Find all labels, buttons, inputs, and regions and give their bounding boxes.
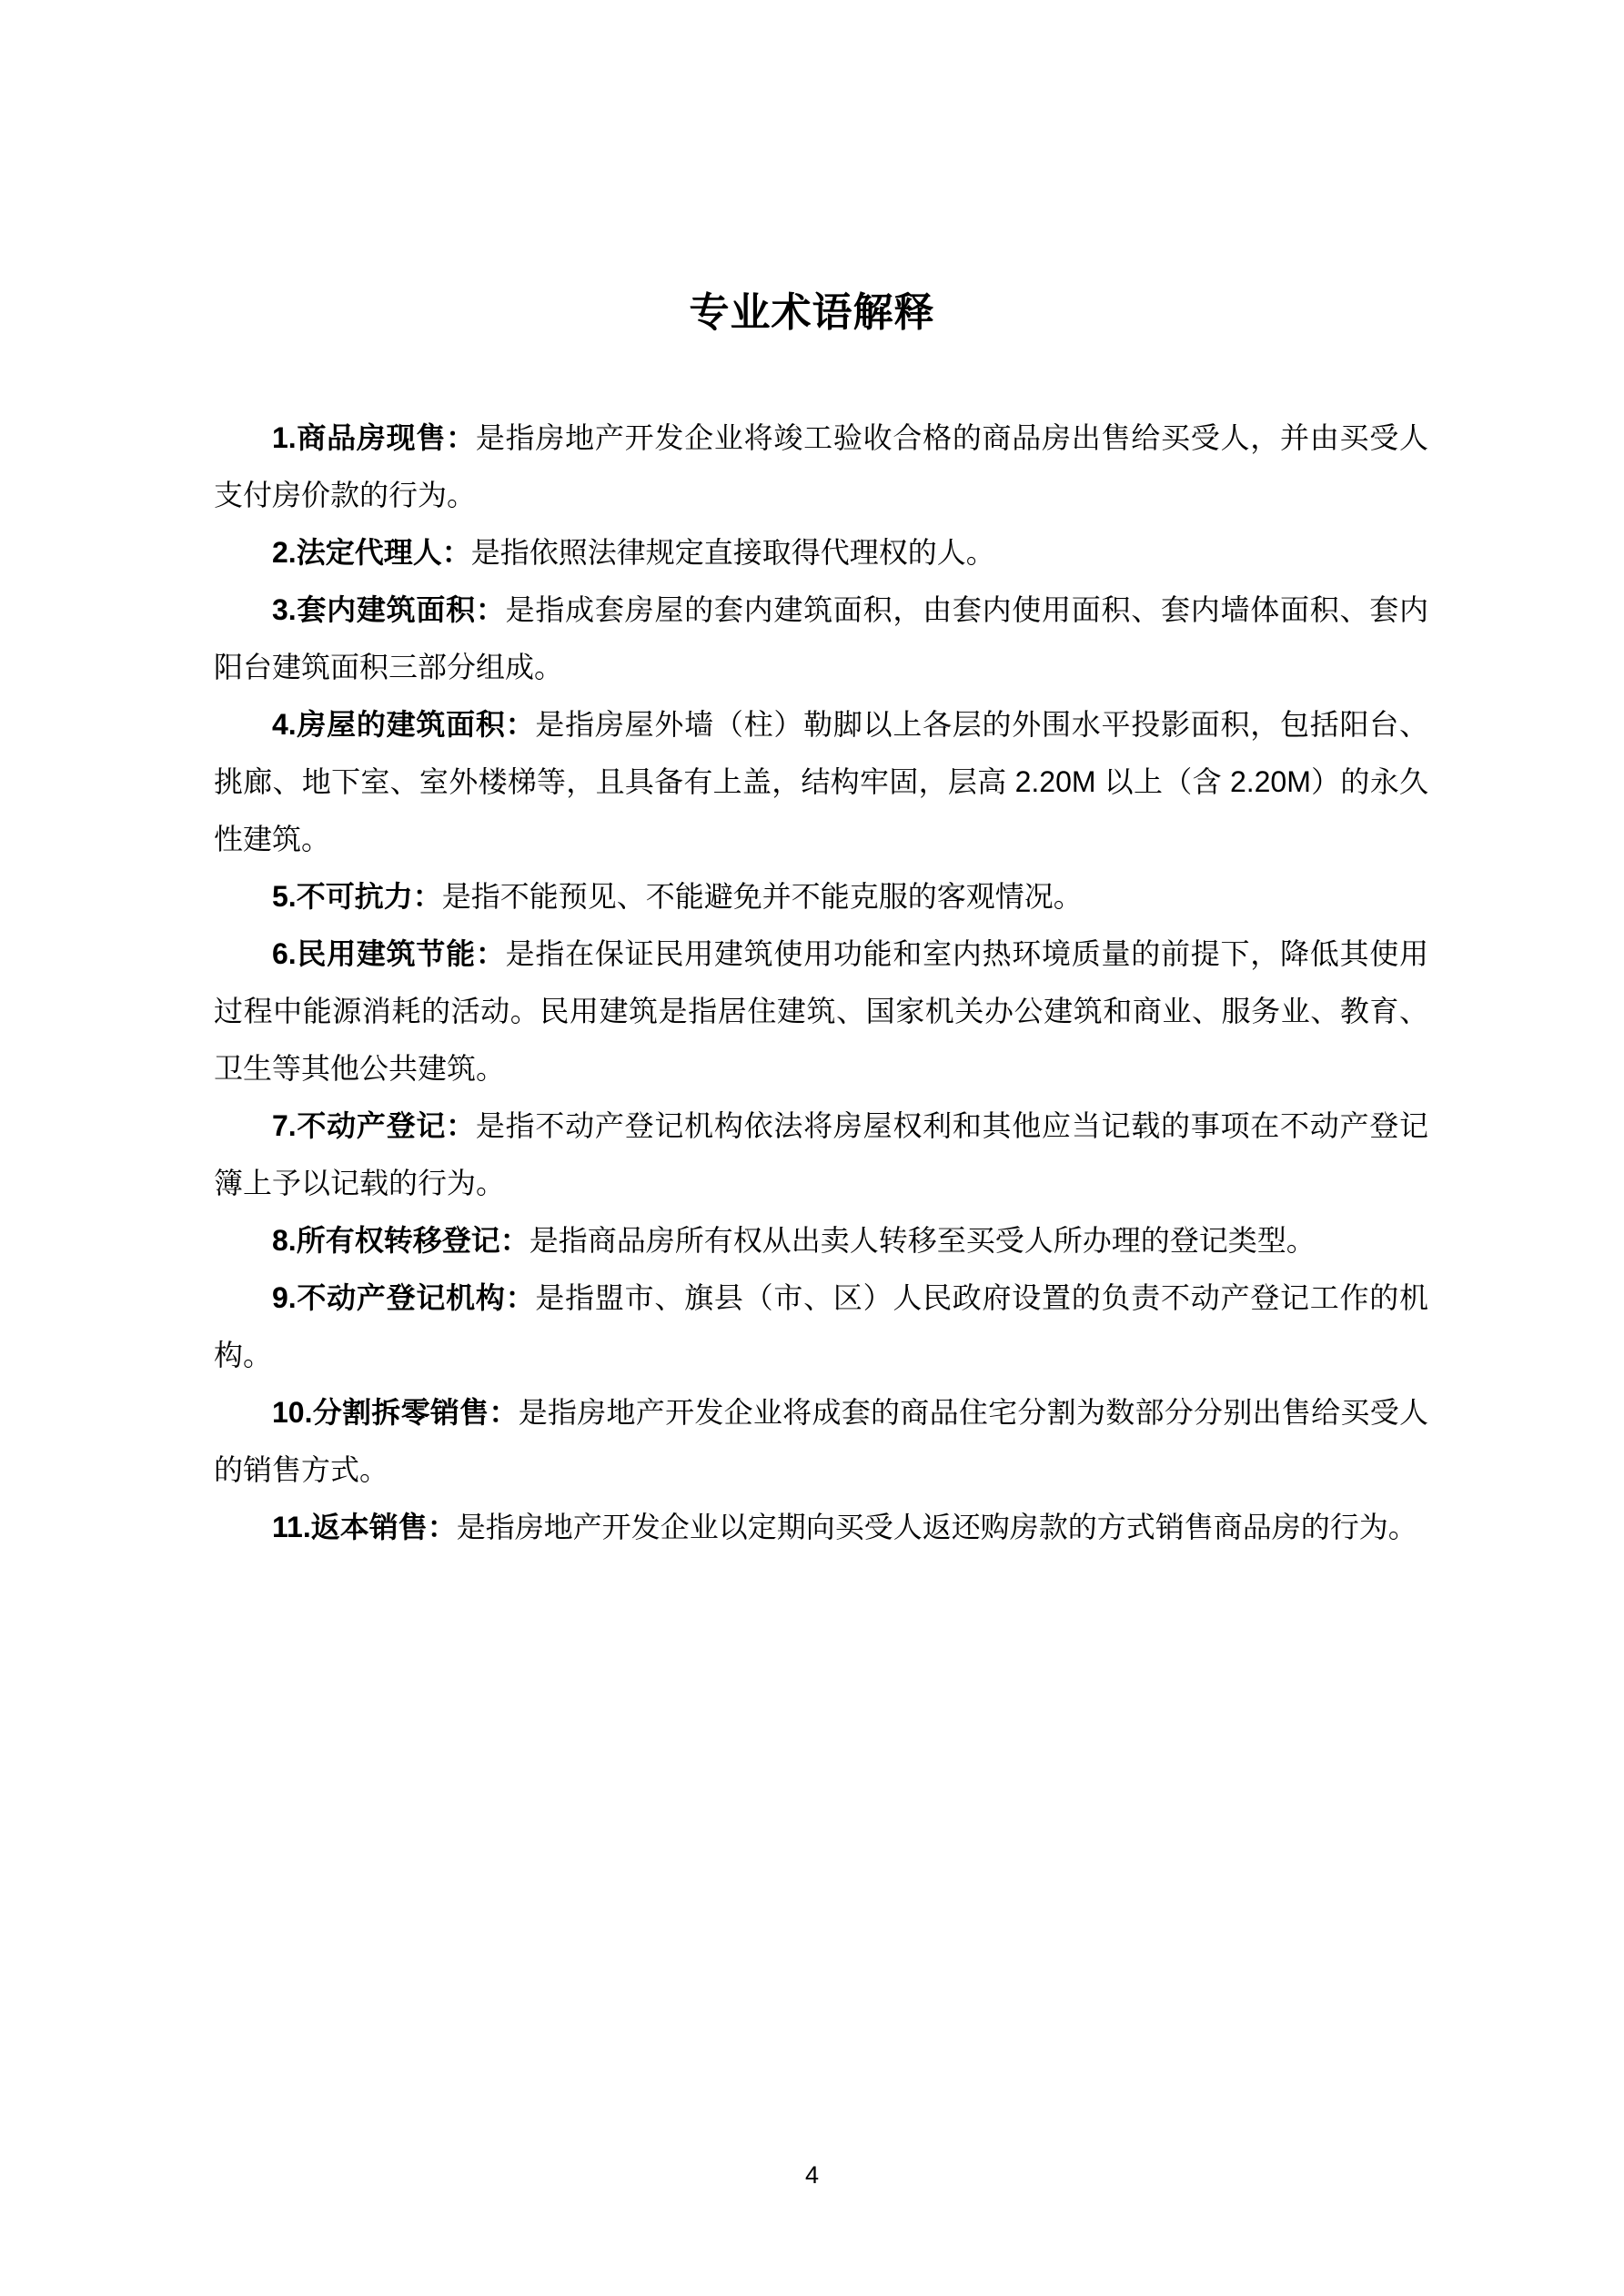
term-item-7: 7.不动产登记：是指不动产登记机构依法将房屋权利和其他应当记载的事项在不动产登记… xyxy=(214,1097,1428,1212)
term-label: 3.套内建筑面积： xyxy=(272,593,506,626)
term-label: 7.不动产登记： xyxy=(272,1109,476,1142)
term-label: 11.返本销售： xyxy=(272,1511,457,1543)
term-label: 5.不可抗力： xyxy=(272,880,442,913)
terms-list: 1.商品房现售：是指房地产开发企业将竣工验收合格的商品房出售给买受人，并由买受人… xyxy=(0,410,1624,1556)
term-label: 9.不动产登记机构： xyxy=(272,1281,535,1314)
term-label: 1.商品房现售： xyxy=(272,421,476,454)
term-label: 8.所有权转移登记： xyxy=(272,1224,530,1257)
term-item-8: 8.所有权转移登记：是指商品房所有权从出卖人转移至买受人所办理的登记类型。 xyxy=(214,1212,1428,1269)
term-definition: 是指不能预见、不能避免并不能克服的客观情况。 xyxy=(442,880,1083,913)
term-label: 6.民用建筑节能： xyxy=(272,937,506,970)
term-item-4: 4.房屋的建筑面积：是指房屋外墙（柱）勒脚以上各层的外围水平投影面积，包括阳台、… xyxy=(214,696,1428,868)
term-item-5: 5.不可抗力：是指不能预见、不能避免并不能克服的客观情况。 xyxy=(214,868,1428,925)
document-page: 专业术语解释 1.商品房现售：是指房地产开发企业将竣工验收合格的商品房出售给买受… xyxy=(0,0,1624,2296)
term-item-10: 10.分割拆零销售：是指房地产开发企业将成套的商品住宅分割为数部分分别出售给买受… xyxy=(214,1384,1428,1499)
term-definition: 是指依照法律规定直接取得代理权的人。 xyxy=(471,536,995,569)
term-item-2: 2.法定代理人：是指依照法律规定直接取得代理权的人。 xyxy=(214,524,1428,582)
term-definition: 是指房地产开发企业以定期向买受人返还购房款的方式销售商品房的行为。 xyxy=(457,1511,1417,1543)
term-label: 4.房屋的建筑面积： xyxy=(272,708,535,741)
term-item-1: 1.商品房现售：是指房地产开发企业将竣工验收合格的商品房出售给买受人，并由买受人… xyxy=(214,410,1428,524)
term-item-9: 9.不动产登记机构：是指盟市、旗县（市、区）人民政府设置的负责不动产登记工作的机… xyxy=(214,1269,1428,1384)
page-title: 专业术语解释 xyxy=(0,0,1624,333)
term-item-3: 3.套内建筑面积：是指成套房屋的套内建筑面积，由套内使用面积、套内墙体面积、套内… xyxy=(214,582,1428,696)
term-item-6: 6.民用建筑节能：是指在保证民用建筑使用功能和室内热环境质量的前提下，降低其使用… xyxy=(214,925,1428,1097)
term-label: 10.分割拆零销售： xyxy=(272,1396,519,1429)
term-definition: 是指商品房所有权从出卖人转移至买受人所办理的登记类型。 xyxy=(530,1224,1316,1257)
term-label: 2.法定代理人： xyxy=(272,536,471,569)
term-item-11: 11.返本销售：是指房地产开发企业以定期向买受人返还购房款的方式销售商品房的行为… xyxy=(214,1499,1428,1556)
page-number: 4 xyxy=(0,2160,1624,2190)
